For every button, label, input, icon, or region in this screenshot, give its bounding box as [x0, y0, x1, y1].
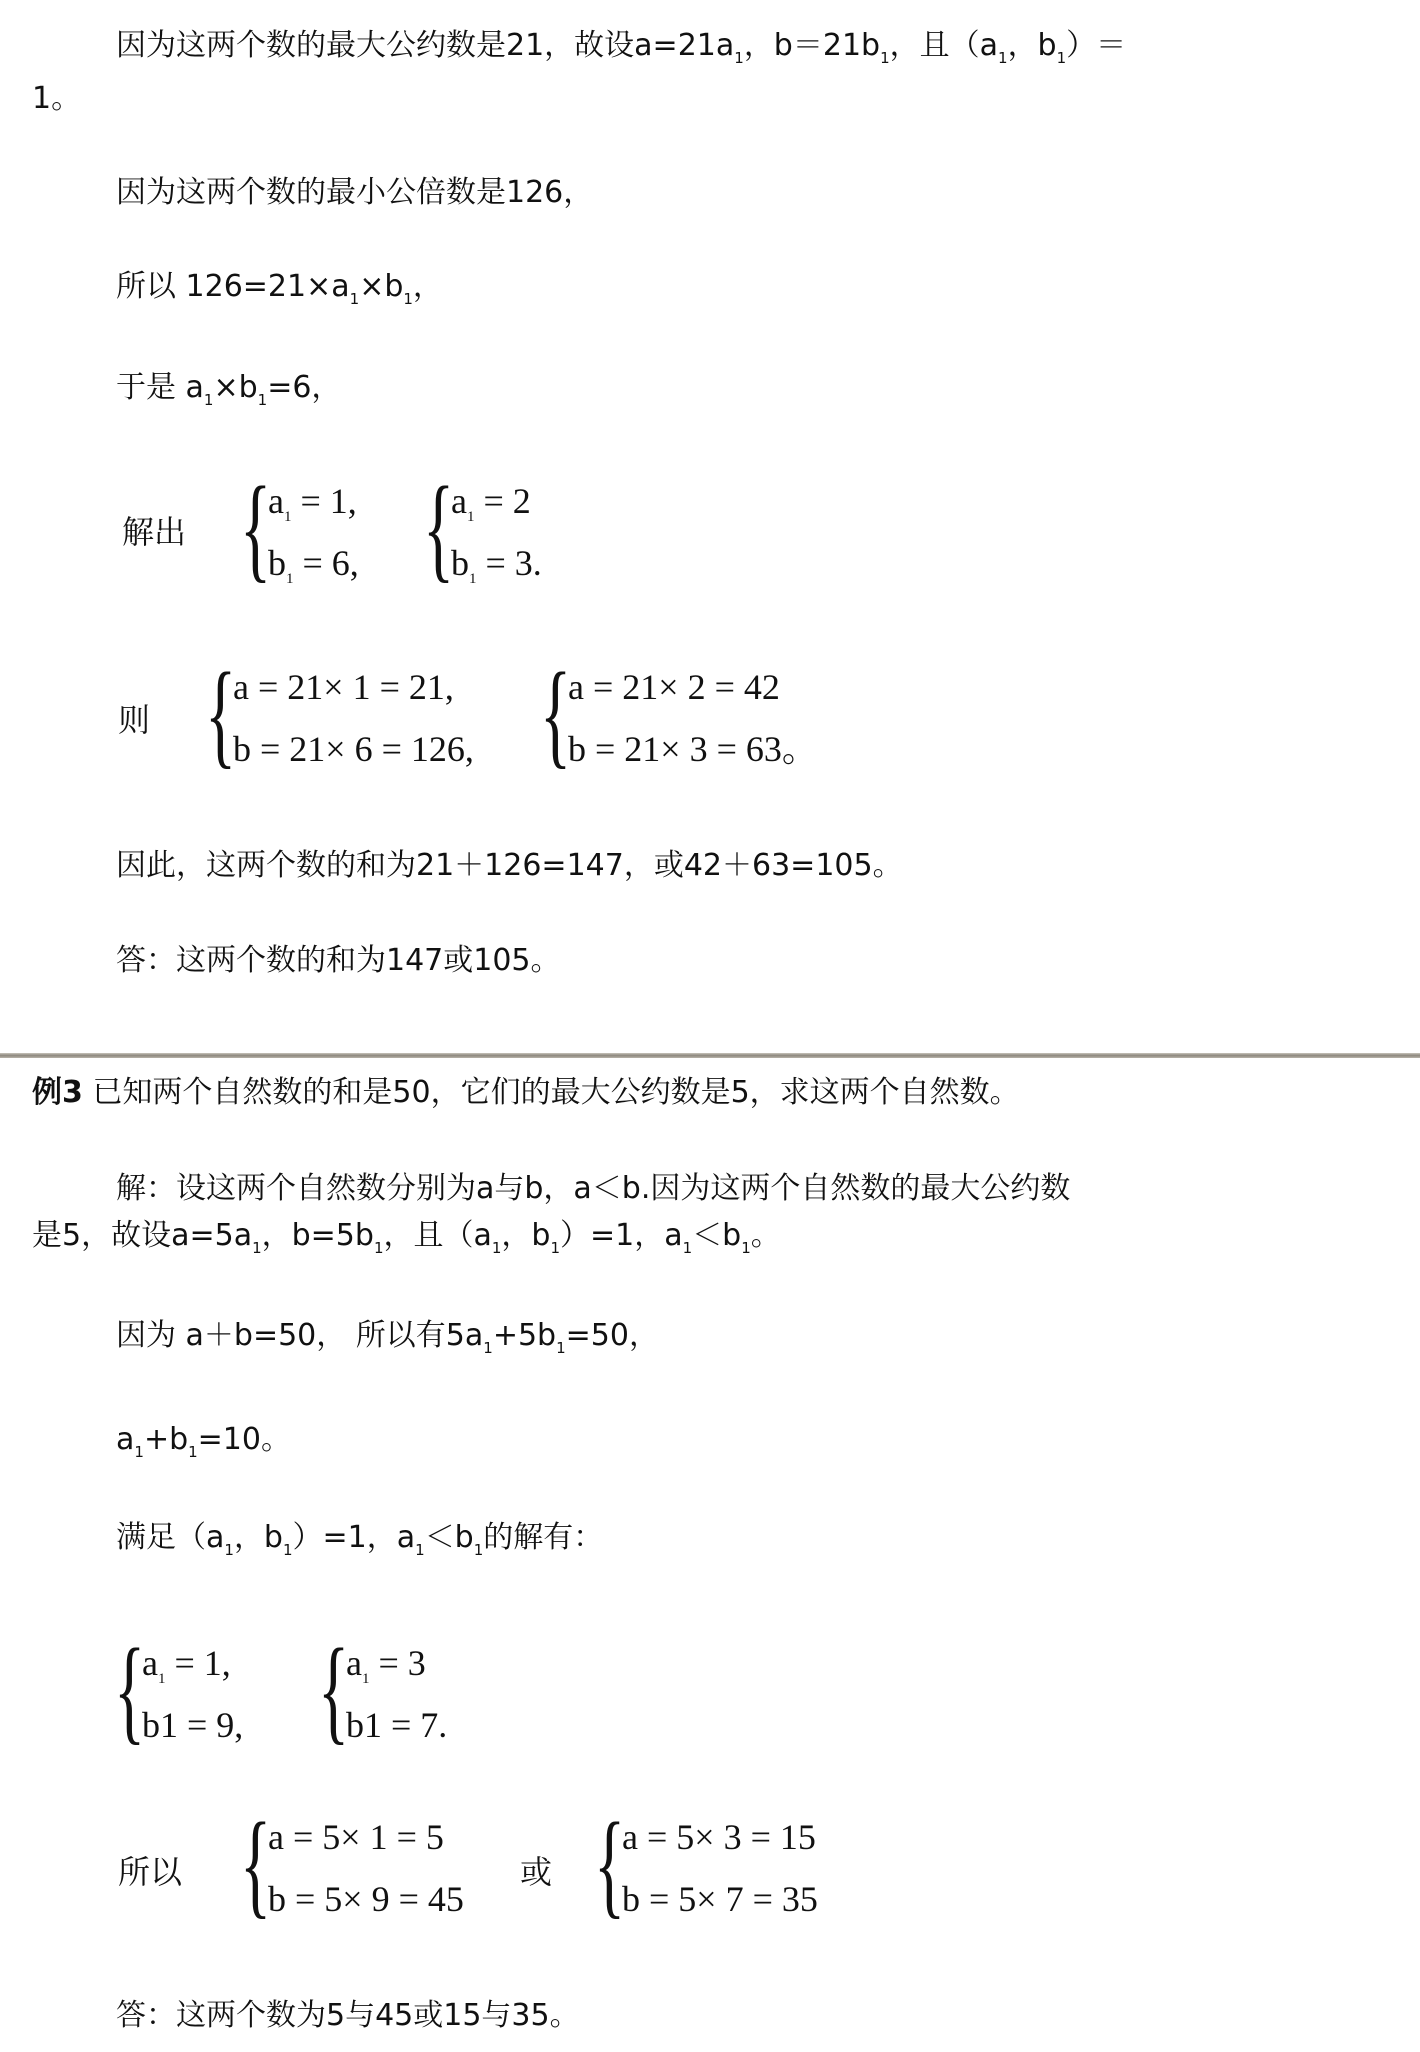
- problem-text: 已知两个自然数的和是50，它们的最大公约数是5，求这两个自然数。: [83, 1075, 1020, 1110]
- answer-2: 答：这两个数为5与45或15与35。: [116, 1996, 580, 2036]
- subscript: 1: [403, 290, 413, 308]
- system-row: b = 21× 6 = 126,: [233, 718, 474, 780]
- paragraph-sum: 因此，这两个数的和为21＋126=147，或42＋63=105。: [116, 846, 903, 886]
- left-brace: {: [240, 1805, 254, 1923]
- solution-line-1: 解：设这两个自然数分别为a与b，a＜b.因为这两个自然数的最大公约数: [116, 1169, 1070, 1209]
- left-brace: {: [318, 1631, 332, 1749]
- or-label: 或: [520, 1852, 552, 1892]
- paragraph-continuation: 1。: [32, 79, 81, 119]
- equation-system-solve-1: { a1 = 1, b1 = 6,: [240, 470, 359, 594]
- system-row: a = 5× 3 = 15: [622, 1806, 818, 1868]
- text: = 2: [474, 481, 530, 521]
- left-brace: {: [423, 469, 437, 587]
- text: =50，: [566, 1318, 659, 1353]
- equation-sum-10: a1+b1=10。: [116, 1420, 291, 1460]
- left-brace: {: [240, 469, 254, 587]
- text: 的解有：: [483, 1520, 603, 1555]
- left-brace: {: [540, 655, 554, 773]
- equation-a1b1: 于是 a1×b1=6，: [116, 368, 341, 408]
- text: 所以 126=21×a: [116, 269, 350, 304]
- text: ）=1，a: [560, 1218, 683, 1253]
- system-row: a = 5× 1 = 5: [268, 1806, 464, 1868]
- example-3-title: 例3 已知两个自然数的和是50，它们的最大公约数是5，求这两个自然数。: [32, 1073, 1020, 1113]
- system-row: b1 = 6,: [268, 532, 359, 594]
- system-row: a1 = 1,: [142, 1632, 243, 1694]
- paragraph-gcd-setup: 因为这两个数的最大公约数是21，故设a=21a1，b＝21b1，且（a1，b1）…: [116, 26, 1126, 66]
- text: ）=1，a: [293, 1520, 416, 1555]
- system-row: b = 5× 7 = 35: [622, 1868, 818, 1930]
- text: ×b: [359, 269, 403, 304]
- system-row: a1 = 3: [346, 1632, 447, 1694]
- so-label: 所以: [118, 1852, 182, 1892]
- left-brace: {: [205, 655, 219, 773]
- text: =10。: [198, 1422, 291, 1457]
- text: 因为这两个数的最大公约数是21，故设a=21a: [116, 28, 734, 63]
- subscript: 1: [741, 1239, 751, 1257]
- section-divider: [0, 1053, 1420, 1058]
- text: 因为 a＋b=50， 所以有5a: [116, 1318, 483, 1353]
- subscript: 1: [258, 391, 268, 409]
- text: a: [116, 1422, 134, 1457]
- text: =6，: [267, 370, 341, 405]
- equation-system-solutions-2: { a1 = 3 b1 = 7.: [318, 1632, 447, 1756]
- left-brace: {: [594, 1805, 608, 1923]
- subscript: 1: [224, 1541, 234, 1559]
- subscript: 1: [415, 1541, 425, 1559]
- equation-system-result-1: { a = 5× 1 = 5 b = 5× 9 = 45: [240, 1806, 464, 1930]
- equation-system-result-2: { a = 5× 3 = 15 b = 5× 7 = 35: [594, 1806, 818, 1930]
- system-row: a1 = 1,: [268, 470, 359, 532]
- equation-product: 所以 126=21×a1×b1，: [116, 267, 443, 307]
- text: ×b: [213, 370, 257, 405]
- subscript: 1: [683, 1239, 693, 1257]
- text: 是5，故设a=5a: [32, 1218, 252, 1253]
- subscript: 1: [252, 1239, 262, 1257]
- text: = 6,: [294, 543, 359, 583]
- equation-system-solve-2: { a1 = 2 b1 = 3.: [423, 470, 542, 594]
- text: ，: [413, 269, 443, 304]
- text: +b: [144, 1422, 188, 1457]
- subscript: 1: [283, 1541, 293, 1559]
- equation-system-then-2: { a = 21× 2 = 42 b = 21× 3 = 63。: [540, 656, 818, 780]
- subscript: 1: [556, 1339, 566, 1357]
- subscript: 1: [880, 49, 890, 67]
- solve-label: 解出: [122, 512, 186, 552]
- text: = 3: [369, 1643, 425, 1683]
- text: +5b: [493, 1318, 556, 1353]
- subscript: 1: [469, 571, 477, 587]
- system-row: b1 = 3.: [451, 532, 542, 594]
- text: 满足（a: [116, 1520, 224, 1555]
- text: ）＝: [1066, 28, 1126, 63]
- subscript: 1: [286, 571, 294, 587]
- subscript: 1: [483, 1339, 493, 1357]
- text: = 1,: [291, 481, 356, 521]
- text: ＜b: [692, 1218, 741, 1253]
- equation-system-then-1: { a = 21× 1 = 21, b = 21× 6 = 126,: [205, 656, 474, 780]
- subscript: 1: [492, 1239, 502, 1257]
- text: = 1,: [165, 1643, 230, 1683]
- subscript: 1: [350, 290, 360, 308]
- subscript: 1: [188, 1443, 198, 1461]
- text: ，b: [234, 1520, 283, 1555]
- answer-1: 答：这两个数的和为147或105。: [116, 941, 561, 981]
- subscript: 1: [1057, 49, 1067, 67]
- subscript: 1: [998, 49, 1008, 67]
- subscript: 1: [734, 49, 744, 67]
- system-row: b = 21× 3 = 63。: [568, 718, 818, 780]
- system-row: a = 21× 1 = 21,: [233, 656, 474, 718]
- system-row: b1 = 7.: [346, 1694, 447, 1756]
- example-label: 例3: [32, 1075, 83, 1110]
- system-row: a1 = 2: [451, 470, 542, 532]
- text: ，b: [501, 1218, 550, 1253]
- paragraph-lcm: 因为这两个数的最小公倍数是126，: [116, 173, 593, 213]
- text: ，且（a: [383, 1218, 491, 1253]
- equation-system-solutions-1: { a1 = 1, b1 = 9,: [114, 1632, 243, 1756]
- text: 。: [751, 1218, 781, 1253]
- equation-sum-50: 因为 a＋b=50， 所以有5a1+5b1=50，: [116, 1316, 659, 1356]
- text: ，且（a: [890, 28, 998, 63]
- text: ，b＝21b: [744, 28, 880, 63]
- text: ，b=5b: [262, 1218, 374, 1253]
- system-row: a = 21× 2 = 42: [568, 656, 818, 718]
- left-brace: {: [114, 1631, 128, 1749]
- text: = 3.: [477, 543, 542, 583]
- subscript: 1: [550, 1239, 560, 1257]
- system-row: b = 5× 9 = 45: [268, 1868, 464, 1930]
- subscript: 1: [134, 1443, 144, 1461]
- then-label: 则: [118, 700, 150, 740]
- subscript: 1: [474, 1541, 484, 1559]
- solution-line-2: 是5，故设a=5a1，b=5b1，且（a1，b1）=1，a1＜b1。: [32, 1216, 781, 1256]
- text: ＜b: [425, 1520, 474, 1555]
- text: 于是 a: [116, 370, 204, 405]
- system-row: b1 = 9,: [142, 1694, 243, 1756]
- text: ，b: [1008, 28, 1057, 63]
- paragraph-conditions: 满足（a1，b1）=1，a1＜b1的解有：: [116, 1518, 603, 1558]
